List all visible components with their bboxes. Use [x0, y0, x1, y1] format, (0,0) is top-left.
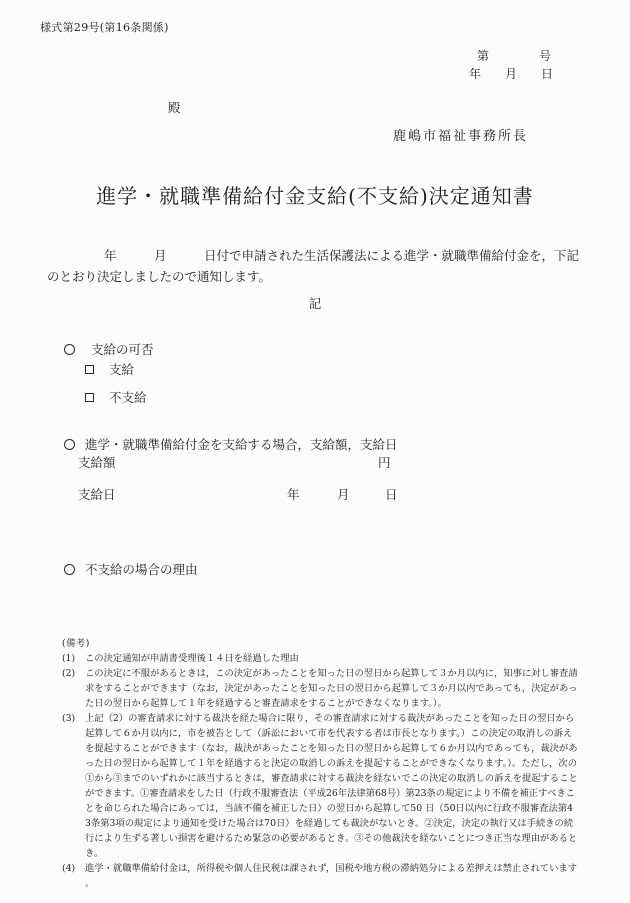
document-number-line: 第 号 — [477, 47, 551, 64]
circle-outline-icon — [64, 344, 75, 355]
payment-date-year-label: 年 — [287, 485, 300, 503]
notes-heading: (備考) — [62, 636, 578, 651]
document-title: 進学・就職準備給付金支給(不支給)決定通知書 — [0, 180, 630, 209]
note-text: この決定に不服があるときは，この決定があったことを知った日の翌日から起算して３か… — [85, 666, 578, 711]
note-item: (2) この決定に不服があるときは，この決定があったことを知った日の翌日から起算… — [62, 666, 578, 711]
note-text: 進学・就職準備給付金は，所得税や個人住民税は課されず，国税や地方税の滞納処分によ… — [85, 861, 578, 891]
note-item: (4) 進学・就職準備給付金は，所得税や個人住民税は課されず，国税や地方税の滞納… — [62, 861, 578, 891]
payment-date-day-label: 日 — [385, 485, 398, 503]
note-number: (1) — [62, 651, 85, 666]
section-payment-label: 進学・就職準備給付金を支給する場合，支給額，支給日 — [85, 435, 398, 453]
note-item: (1) この決定通知が申請書受理後１４日を経過した理由 — [62, 651, 578, 666]
issue-date-line: 年 月 日 — [469, 65, 553, 82]
circle-outline-icon — [64, 564, 75, 575]
date-month-label: 月 — [505, 65, 517, 82]
option-deny: 不支給 — [85, 388, 147, 406]
section-eligibility: 支給の可否 — [64, 340, 154, 358]
note-number: (4) — [62, 861, 85, 891]
addressee-honorific: 殿 — [168, 98, 181, 116]
note-number: (3) — [62, 711, 85, 861]
payment-date-label: 支給日 — [78, 485, 116, 503]
section-denial-label: 不支給の場合の理由 — [85, 560, 198, 578]
body-paragraph: 年 月 日付で申請された生活保護法による進学・就職準備給付金を，下記のとおり決定… — [47, 245, 587, 287]
record-marker: 記 — [0, 294, 630, 312]
circle-outline-icon — [64, 439, 75, 450]
payment-date-month-label: 月 — [337, 485, 350, 503]
note-item: (3) 上記（2）の審査請求に対する裁決を経た場合に限り，その審査請求に対する裁… — [62, 711, 578, 861]
option-grant: 支給 — [85, 360, 134, 378]
sender-name: 鹿嶋市福祉事務所長 — [393, 125, 528, 144]
amount-label: 支給額 — [78, 453, 116, 471]
document-page: 様式第29号(第16条関係) 第 号 年 月 日 殿 鹿嶋市福祉事務所長 進学・… — [0, 0, 630, 903]
amount-unit-label: 円 — [378, 453, 391, 471]
checkbox-empty-icon — [85, 365, 94, 374]
date-day-label: 日 — [541, 65, 553, 82]
doc-number-suffix: 号 — [539, 47, 551, 64]
note-text: この決定通知が申請書受理後１４日を経過した理由 — [85, 651, 578, 666]
notes-block: (備考) (1) この決定通知が申請書受理後１４日を経過した理由 (2) この決… — [62, 636, 578, 891]
section-payment: 進学・就職準備給付金を支給する場合，支給額，支給日 — [64, 435, 398, 453]
doc-number-prefix: 第 — [477, 47, 489, 64]
checkbox-empty-icon — [85, 393, 94, 402]
section-denial: 不支給の場合の理由 — [64, 560, 198, 578]
form-number-label: 様式第29号(第16条関係) — [40, 19, 169, 35]
option-deny-label: 不支給 — [109, 388, 147, 406]
note-number: (2) — [62, 666, 85, 711]
option-grant-label: 支給 — [109, 360, 134, 378]
section-eligibility-label: 支給の可否 — [91, 340, 154, 358]
note-text: 上記（2）の審査請求に対する裁決を経た場合に限り，その審査請求に対する裁決があっ… — [85, 711, 578, 861]
date-year-label: 年 — [469, 65, 481, 82]
